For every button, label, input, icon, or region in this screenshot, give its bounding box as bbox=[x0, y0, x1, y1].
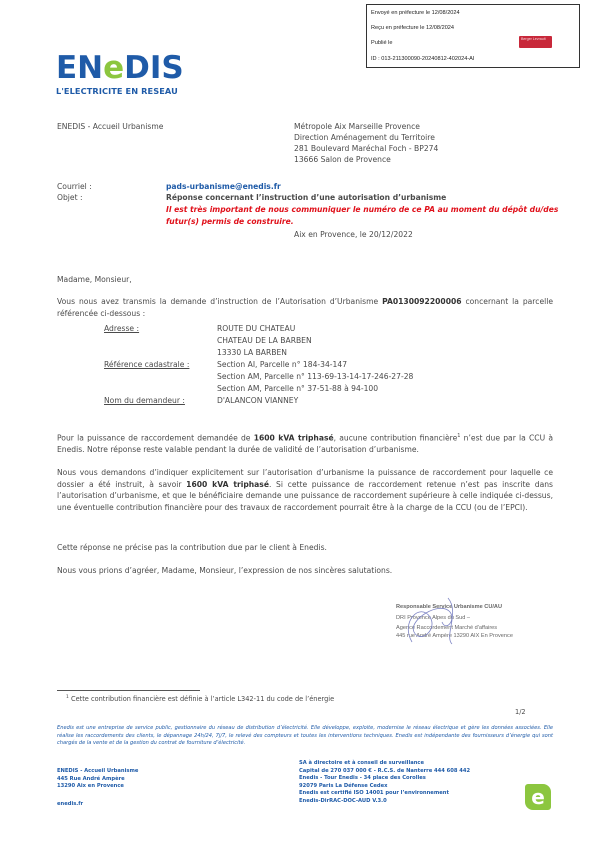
stamp-received: Reçu en préfecture le 12/08/2024 bbox=[371, 25, 454, 31]
paragraph-request: Nous vous demandons d’indiquer explicite… bbox=[57, 467, 553, 514]
stamp-published: Publié le bbox=[371, 40, 392, 46]
recipient-address: Métropole Aix Marseille ProvenceDirectio… bbox=[294, 121, 438, 165]
handwritten-signature bbox=[390, 592, 500, 652]
footnote: 1 Cette contribution financière est défi… bbox=[66, 695, 334, 703]
place-date: Aix en Provence, le 20/12/2022 bbox=[294, 229, 413, 240]
stamp-id: ID : 013-211300090-20240812-402024-AI bbox=[371, 56, 474, 62]
subject: Réponse concernant l’instruction d’une a… bbox=[166, 192, 446, 203]
email-label: Courriel : bbox=[57, 181, 92, 192]
salutation: Madame, Monsieur, bbox=[57, 274, 132, 285]
berger-levrault-logo: Berger Levrault bbox=[519, 36, 552, 48]
cadastral-line: Section AI, Parcelle n° 184-34-147 bbox=[217, 359, 347, 370]
email-link[interactable]: pads-urbanisme@enedis.fr bbox=[166, 181, 281, 192]
enedis-mini-logo-icon: e bbox=[525, 784, 551, 810]
address-line: CHATEAU DE LA BARBEN bbox=[217, 335, 312, 346]
address-line: ROUTE DU CHATEAU bbox=[217, 323, 295, 334]
address-line: 13330 LA BARBEN bbox=[217, 347, 287, 358]
stamp-sent: Envoyé en préfecture le 12/08/2024 bbox=[371, 10, 460, 16]
closing: Nous vous prions d’agréer, Madame, Monsi… bbox=[57, 565, 392, 576]
address-label: Adresse : bbox=[104, 323, 139, 334]
cadastral-line: Section AM, Parcelle n° 37-51-88 à 94-10… bbox=[217, 383, 378, 394]
paragraph-contribution: Cette réponse ne précise pas la contribu… bbox=[57, 542, 327, 553]
signature-block: Responsable Service Urbanisme CU/AU DRI … bbox=[396, 604, 513, 640]
sender: ENEDIS - Accueil Urbanisme bbox=[57, 121, 163, 132]
footer-company-info: SA à directoire et à conseil de surveill… bbox=[299, 760, 470, 806]
enedis-logo: ENeDIS L'ELECTRICITE EN RESEAU bbox=[56, 53, 184, 96]
intro-paragraph: Vous nous avez transmis la demande d’ins… bbox=[57, 296, 553, 319]
prefecture-stamp: Envoyé en préfecture le 12/08/2024 Reçu … bbox=[366, 4, 580, 68]
footnote-rule bbox=[57, 690, 200, 691]
logo-tagline: L'ELECTRICITE EN RESEAU bbox=[56, 86, 184, 96]
legal-notice: Enedis est une entreprise de service pub… bbox=[57, 725, 553, 748]
applicant-label: Nom du demandeur : bbox=[104, 395, 185, 406]
footer-website-link[interactable]: enedis.fr bbox=[57, 801, 83, 809]
subject-label: Objet : bbox=[57, 192, 83, 203]
page-number: 1/2 bbox=[515, 708, 526, 716]
paragraph-power: Pour la puissance de raccordement demand… bbox=[57, 431, 553, 456]
applicant-name: D'ALANCON VIANNEY bbox=[217, 395, 298, 406]
cadastral-line: Section AM, Parcelle n° 113-69-13-14-17-… bbox=[217, 371, 413, 382]
cadastral-label: Référence cadastrale : bbox=[104, 359, 189, 370]
footer-address: ENEDIS - Accueil Urbanisme 445 Rue André… bbox=[57, 768, 138, 791]
warning-line-1: Il est très important de nous communique… bbox=[166, 204, 558, 215]
warning-line-2: futur(s) permis de construire. bbox=[166, 216, 294, 227]
